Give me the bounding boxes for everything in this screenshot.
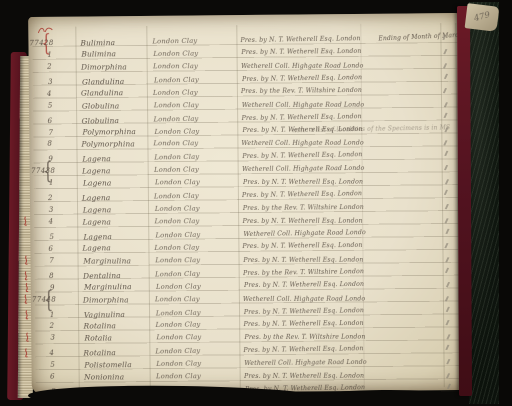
cell-number: 77438 [31,167,55,175]
tick-mark [443,88,447,93]
cell-locality: London Clay [156,334,201,342]
tick-mark [444,102,448,107]
cell-locality: London Clay [156,372,201,380]
tick-mark [444,243,448,248]
cell-taxon-name: Marginulina [83,256,131,265]
cell-acquisition: Wetherell Coll. Highgate Road London [241,62,363,69]
cell-acquisition: Pres. by N. T. Wetherell Esq. London [242,73,362,82]
cell-taxon-name: Polymorphina [81,139,135,148]
cell-acquisition: Pres. by N. T. Wetherell Esq. London [244,320,364,328]
cell-taxon-name: Dimorphina [81,62,127,71]
cell-number: 77428 [29,39,53,47]
cell-acquisition: Pres. by N. T. Wetherell Esq. London [242,112,362,121]
red-margin-mark [22,270,30,281]
cell-taxon-name: Lagena [82,193,111,202]
tick-mark [445,345,449,350]
red-margin-mark [22,255,30,266]
cell-locality: London Clay [153,140,198,148]
cell-locality: London Clay [154,166,199,174]
cell-acquisition: Pres. by the Rev. T. Wiltshire London [244,333,365,340]
book-spread: Ending of Month of March 1901 note. a li… [0,0,512,406]
cell-taxon-name: Globulina [82,101,119,110]
cell-number: 8 [47,140,52,148]
tick-mark [446,282,450,287]
right-cover-spine [457,6,472,396]
tick-mark [444,165,448,170]
cell-acquisition: Pres. by N. T. Wetherell Esq. London [243,345,363,354]
cell-acquisition: Pres. by the Rev. T. Wiltshire London [243,267,364,276]
cell-acquisition: Wetherell Coll. Highgate Road London [243,229,365,238]
cell-locality: London Clay [156,282,201,290]
cell-number: 2 [48,194,53,202]
cell-taxon-name: Rotalina [83,348,116,358]
cell-locality: London Clay [152,37,197,46]
cell-taxon-name: Lagena [82,244,111,253]
cell-number: 4 [47,90,52,98]
cell-locality: London Clay [153,62,198,70]
tick-mark [443,141,447,146]
cell-taxon-name: Nonionina [84,372,124,381]
cell-taxon-name: Rotalia [84,333,112,342]
tick-mark [444,151,448,156]
cell-acquisition: Pres. by N. T. Wetherell Esq. London [240,35,360,44]
tick-mark [443,112,447,117]
red-margin-mark [22,348,30,359]
cell-number: 2 [50,322,55,330]
cell-locality: London Clay [155,205,200,213]
red-scribble-mark [36,25,54,37]
cell-taxon-name: Lagena [82,166,111,175]
cell-locality: London Clay [154,243,199,251]
cell-number: 3 [48,78,53,86]
tick-mark [442,35,446,40]
cell-taxon-name: Lagena [83,217,112,226]
cell-number: 3 [49,206,54,214]
cell-taxon-name: Globulina [82,115,120,125]
cell-locality: London Clay [153,49,198,57]
cell-locality: London Clay [155,178,200,186]
cell-number: 6 [50,373,55,381]
tick-mark [445,296,449,301]
cell-locality: London Clay [155,295,200,303]
cell-acquisition: Pres. by N. T. Wetherell Esq. London [243,256,363,263]
cell-acquisition: Pres. by N. T. Wetherell Esq. London [242,151,362,160]
cell-locality: London Clay [154,192,199,201]
cell-number: 1 [47,51,52,59]
cell-locality: London Clay [154,153,199,162]
cell-number: 3 [50,334,55,342]
cell-taxon-name: Lagena [83,232,112,241]
cell-number: 5 [49,233,54,241]
cell-number: 6 [48,117,53,125]
cell-locality: London Clay [155,217,200,225]
tick-mark [447,384,451,389]
tick-mark [445,320,449,325]
cell-taxon-name: Dimorphina [83,295,129,304]
tick-mark [444,126,448,131]
cell-locality: London Clay [156,308,201,317]
cell-locality: London Clay [154,101,199,109]
ledger-page: Ending of Month of March 1901 note. a li… [28,13,465,394]
red-margin-mark [22,216,30,227]
right-cover-board [469,2,500,404]
tick-mark [445,229,449,234]
cell-locality: London Clay [155,231,200,240]
cell-locality: London Clay [154,76,199,85]
cell-acquisition: Pres. by the Rev. T. Wiltshire London [241,87,362,95]
cell-acquisition: Wetherell Coll. Highgate Road London [242,101,364,108]
tick-mark [445,257,449,262]
cell-acquisition: Pres. by N. T. Wetherell Esq. London [244,306,364,315]
red-margin-mark [23,309,31,320]
tick-mark [446,373,450,378]
cell-taxon-name: Bulimina [81,50,116,59]
cell-number: 7 [49,256,54,264]
cell-number: 8 [49,272,54,280]
cell-acquisition: Pres. by N. T. Wetherell Esq. London [243,217,363,224]
tick-mark [443,63,447,68]
cell-locality: London Clay [155,269,200,278]
tick-mark [445,268,449,273]
cell-number: 4 [49,349,54,357]
cell-acquisition: Wetherell Coll. Highgate Road London [244,359,366,367]
red-margin-mark [23,332,31,343]
cell-taxon-name: Glandulina [81,88,123,97]
cell-number: 1 [50,311,55,319]
tick-mark [443,49,447,54]
cell-locality: London Clay [156,321,201,329]
tick-mark [446,335,450,340]
cell-locality: London Clay [156,360,201,368]
tick-mark [444,218,448,223]
cell-number: 2 [47,63,52,71]
cell-taxon-name: Bulimina [80,38,115,48]
tick-mark [445,179,449,184]
cell-number: 6 [48,245,53,253]
tick-mark [444,74,448,79]
cell-taxon-name: Polymorphina [82,127,136,137]
cell-acquisition: Wetherell Coll. Highgate Road London [243,295,365,302]
red-margin-mark [22,293,30,304]
cell-acquisition: Pres. by N. T. Wetherell Esq. London [243,178,363,185]
cell-taxon-name: Marginulina [84,282,132,291]
cell-acquisition: Pres. by N. T. Wetherell Esq. London [242,126,362,134]
cell-taxon-name: Lagena [83,205,112,214]
cell-acquisition: Pres. by N. T. Wetherell Esq. London [244,372,364,379]
cell-locality: London Clay [154,114,199,123]
cell-taxon-name: Lagena [83,178,112,187]
cell-acquisition: Pres. by N. T. Wetherell Esq. London [242,190,362,199]
cell-number: 5 [50,361,55,369]
cell-number: 4 [49,218,54,226]
tick-mark [446,306,450,311]
cell-locality: London Clay [155,347,200,356]
cell-acquisition: Pres. by the Rev. T. Wiltshire London [243,203,364,211]
cell-taxon-name: Rotalina [84,321,117,330]
cell-taxon-name: Glandulina [82,76,124,86]
cell-number: 7 [48,128,53,136]
background-edge [499,0,512,406]
cell-locality: London Clay [154,127,199,135]
cell-acquisition: Wetherell Coll. Highgate Road London [241,140,363,147]
tick-mark [444,190,448,195]
cell-taxon-name: Polistomella [84,360,131,369]
cell-taxon-name: Lagena [82,154,111,163]
cell-locality: London Clay [155,256,200,264]
red-margin-mark [23,282,31,293]
cell-acquisition: Pres. by N. T. Wetherell Esq. London [244,281,364,289]
tick-mark [445,204,449,209]
register-rows: {77428BuliminaLondon ClayPres. by N. T. … [28,13,461,17]
cell-number: 5 [48,101,53,109]
cell-number: 77448 [32,295,56,303]
cell-locality: London Clay [153,88,198,96]
tick-mark [446,359,450,364]
cell-acquisition: Wetherell Coll. Highgate Road London [242,165,364,173]
cell-acquisition: Pres. by N. T. Wetherell Esq. London [241,48,361,56]
cell-taxon-name: Dentalina [83,270,121,280]
cell-number: 1 [49,179,54,187]
cell-acquisition: Pres. by N. T. Wetherell Esq. London [242,242,362,250]
cell-taxon-name: Vaginulina [84,309,125,319]
